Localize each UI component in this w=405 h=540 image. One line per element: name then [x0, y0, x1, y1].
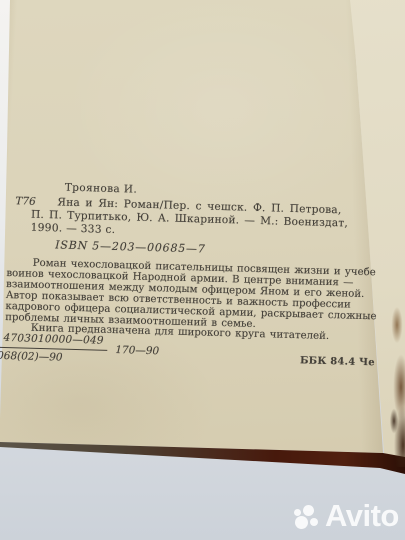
- avito-logo-icon: [293, 500, 324, 529]
- avito-logo-dot-small2: [310, 518, 318, 526]
- author-sign-code: Т76: [15, 195, 36, 208]
- author-name: Троянова И.: [65, 182, 138, 196]
- book-listing-photo: Троянова И. Т76 Яна и Ян: Роман/Пер. с ч…: [0, 0, 405, 540]
- avito-logo-dot-medium: [303, 505, 314, 516]
- avito-logo-dot-large: [295, 516, 308, 529]
- book-binding-worn-edge: [385, 295, 405, 467]
- isbn-line: ISBN 5—203—00685—7: [55, 238, 206, 255]
- avito-watermark-text: Avito: [325, 501, 399, 531]
- avito-watermark: Avito: [293, 500, 399, 531]
- annotation-paragraph: Роман чехословацкой писательницы посвяще…: [5, 258, 378, 345]
- catalog-index-numerator: 4703010000—049: [3, 332, 103, 347]
- imprint-page-text: Троянова И. Т76 Яна и Ян: Роман/Пер. с ч…: [2, 180, 390, 406]
- bbk-classifier: ББК 84.4 Че: [300, 355, 375, 368]
- bibliographic-line-3: 1990. — 333 с.: [31, 222, 116, 236]
- catalog-index-denominator: 068(02)—90: [0, 350, 63, 364]
- avito-logo-dot-small: [294, 509, 301, 516]
- catalog-release-code: 170—90: [115, 344, 159, 357]
